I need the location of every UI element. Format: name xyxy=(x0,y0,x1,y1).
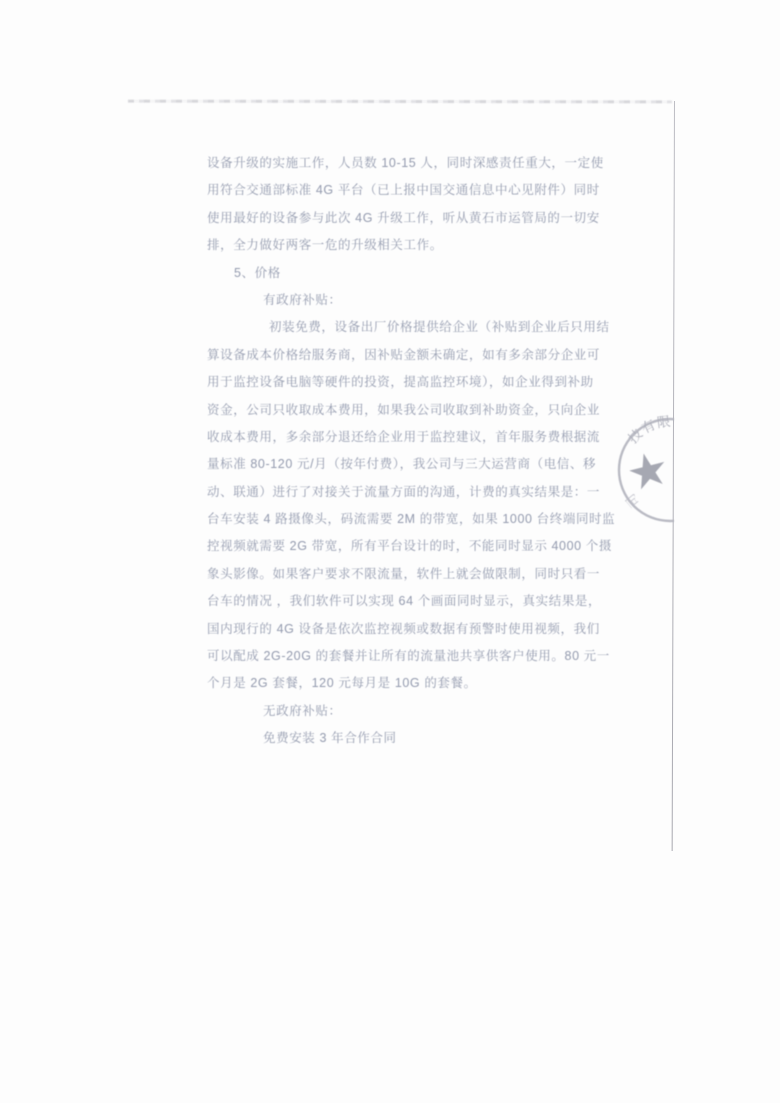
text-line: 台车安装 4 路摄像头，码流需要 2M 的带宽，如果 1000 台终端同时监 xyxy=(207,506,609,533)
stamp-star-icon: ★ xyxy=(621,440,674,502)
text-line: 可以配成 2G-20G 的套餐并让所有的流量池共享供客户使用。80 元一 xyxy=(207,643,609,670)
text-line: 资金，公司只收取成本费用，如果我公司收取到补助资金，只向企业 xyxy=(207,397,609,424)
company-stamp: ★ 技有限公 司 xyxy=(590,408,674,533)
text-line: 算设备成本价格给服务商，因补贴金额未确定，如有多余部分企业可 xyxy=(207,342,609,369)
text-line: 免费安装 3 年合作合同 xyxy=(207,725,609,752)
text-line: 个月是 2G 套餐，120 元每月是 10G 的套餐。 xyxy=(207,670,609,697)
svg-text:技有限公: 技有限公 xyxy=(625,414,674,447)
document-text-block: 设备升级的实施工作，人员数 10-15 人，同时深感责任重大，一定使用符合交通部… xyxy=(207,150,609,753)
text-line: 国内现行的 4G 设备是依次监控视频或数据有预警时使用视频，我们 xyxy=(207,616,609,643)
text-line: 量标准 80-120 元/月（按年付费），我公司与三大运营商（电信、移 xyxy=(207,451,609,478)
text-line: 控视频就需要 2G 带宽，所有平台设计的时，不能同时显示 4000 个摄 xyxy=(207,533,609,560)
scan-top-edge-line xyxy=(128,100,672,103)
text-line: 初装免费，设备出厂价格提供给企业（补贴到企业后只用结 xyxy=(207,314,609,341)
text-line: 有政府补贴： xyxy=(207,287,609,314)
text-line: 收成本费用，多余部分退还给企业用于监控建议，首年服务费根据流 xyxy=(207,424,609,451)
text-line: 5、价格 xyxy=(207,260,609,287)
text-line: 排，全力做好两客一危的升级相关工作。 xyxy=(207,232,609,259)
text-line: 使用最好的设备参与此次 4G 升级工作，听从黄石市运管局的一切安 xyxy=(207,205,609,232)
text-line: 动、联通）进行了对接关于流量方面的沟通，计费的真实结果是：一 xyxy=(207,479,609,506)
text-line: 用符合交通部标准 4G 平台（已上报中国交通信息中心见附件）同时 xyxy=(207,177,609,204)
text-line: 象头影像。如果客户要求不限流量，软件上就会做限制，同时只看一 xyxy=(207,561,609,588)
text-line: 无政府补贴： xyxy=(207,698,609,725)
text-line: 台车的情况 ，我们软件可以实现 64 个画面同时显示，真实结果是， xyxy=(207,588,609,615)
text-line: 设备升级的实施工作，人员数 10-15 人，同时深感责任重大，一定使 xyxy=(207,150,609,177)
text-line: 用于监控设备电脑等硬件的投资，提高监控环境），如企业得到补助 xyxy=(207,369,609,396)
scanned-document-page: 设备升级的实施工作，人员数 10-15 人，同时深感责任重大，一定使用符合交通部… xyxy=(0,0,780,1103)
stamp-arc-text: 技有限公 xyxy=(625,414,674,447)
